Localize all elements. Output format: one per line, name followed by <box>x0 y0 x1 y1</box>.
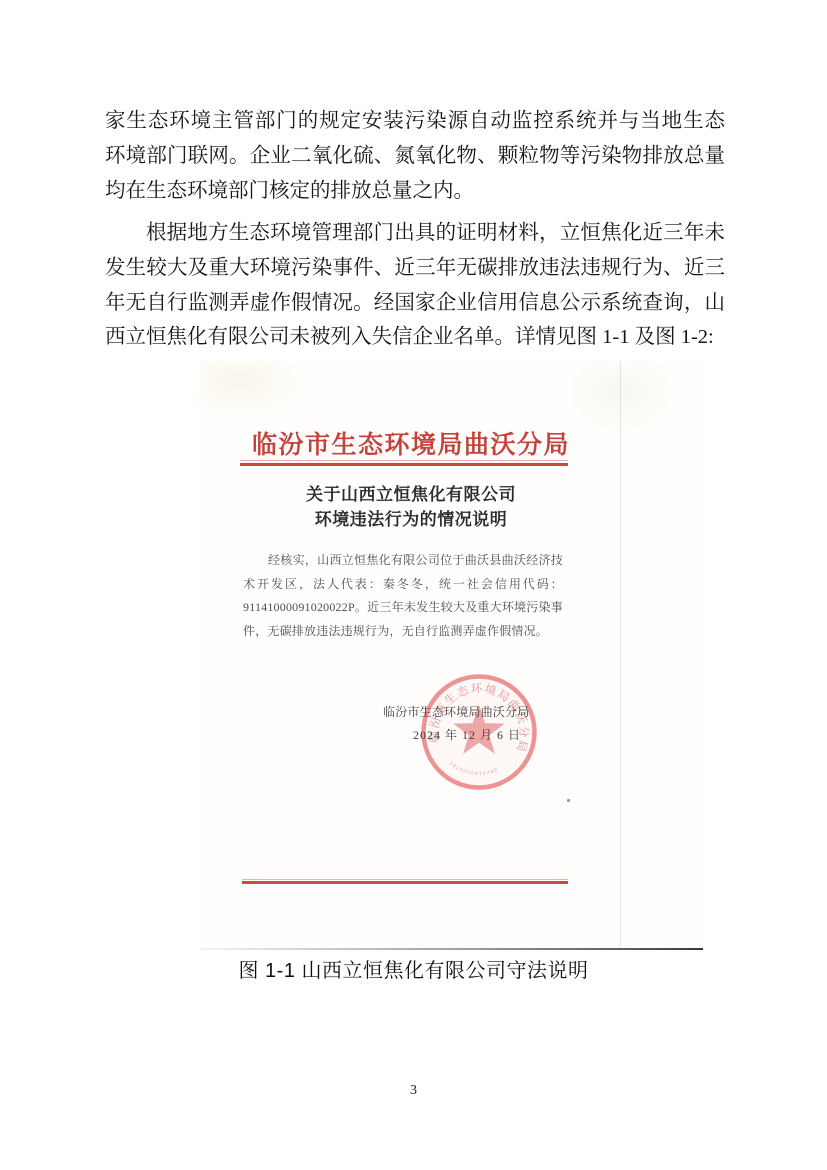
letter-paper: 临汾市生态环境局曲沃分局 关于山西立恒焦化有限公司 环境违法行为的情况说明 经核… <box>200 361 622 950</box>
letter-body-line: 经核实，山西立恒焦化有限公司位于曲沃县曲沃经济技 <box>243 549 563 573</box>
letterhead-rule <box>240 460 568 466</box>
letter-body-line: 件，无碳排放违法违规行为，无自行监测弄虚作假情况。 <box>243 620 563 644</box>
letter-signature: 临汾市生态环境局曲沃分局 <box>383 703 603 720</box>
letter-footer-rule-thin <box>242 879 568 880</box>
page-number: 3 <box>0 1083 827 1099</box>
paragraph: 家生态环境主管部门的规定安装污染源自动监控系统并与当地生态 环境部门联网。企业二… <box>105 104 725 208</box>
text-line: 西立恒焦化有限公司未被列入失信企业名单。详情见图 1-1 及图 1-2: <box>105 320 725 355</box>
letter-title-line: 关于山西立恒焦化有限公司 <box>200 483 622 508</box>
letterhead-agency: 临汾市生态环境局曲沃分局 <box>200 425 622 461</box>
text-line: 根据地方生态环境管理部门出具的证明材料，立恒焦化近三年未 <box>105 216 725 251</box>
text-line: 年无自行监测弄虚作假情况。经国家企业信用信息公示系统查询，山 <box>105 286 725 321</box>
figure-image-letter-scan: 临汾市生态环境局曲沃分局 关于山西立恒焦化有限公司 环境违法行为的情况说明 经核… <box>200 361 703 950</box>
text-line: 发生较大及重大环境污染事件、近三年无碳排放违法违规行为、近三 <box>105 251 725 286</box>
letterhead-rule-thin <box>240 460 568 461</box>
letter-body-line: 91141000091020022P。近三年未发生较大及重大环境污染事 <box>243 596 563 620</box>
letter-footer-rule-thick <box>242 881 568 884</box>
figure-caption: 图 1-1 山西立恒焦化有限公司守法说明 <box>0 954 827 983</box>
letter-title: 关于山西立恒焦化有限公司 环境违法行为的情况说明 <box>200 483 622 532</box>
text-line: 均在生态环境部门核定的排放总量之内。 <box>105 174 725 209</box>
text-line: 家生态环境主管部门的规定安装污染源自动监控系统并与当地生态 <box>105 104 725 139</box>
letterhead-rule-thick <box>240 463 568 466</box>
letter-date: 2024 年 12 月 6 日 <box>413 726 593 743</box>
letter-body-line: 术开发区，法人代表：秦冬冬，统一社会信用代码： <box>243 573 563 597</box>
document-page: 家生态环境主管部门的规定安装污染源自动监控系统并与当地生态 环境部门联网。企业二… <box>0 0 827 1170</box>
letter-footer-rule <box>242 879 568 884</box>
letter-title-line: 环境违法行为的情况说明 <box>200 508 622 533</box>
paragraph: 根据地方生态环境管理部门出具的证明材料，立恒焦化近三年未 发生较大及重大环境污染… <box>105 216 725 355</box>
scan-speck <box>567 799 570 802</box>
letter-body: 经核实，山西立恒焦化有限公司位于曲沃县曲沃经济技 术开发区，法人代表：秦冬冬，统… <box>243 549 563 643</box>
text-line: 环境部门联网。企业二氧化硫、氮氧化物、颗粒物等污染物排放总量 <box>105 139 725 174</box>
